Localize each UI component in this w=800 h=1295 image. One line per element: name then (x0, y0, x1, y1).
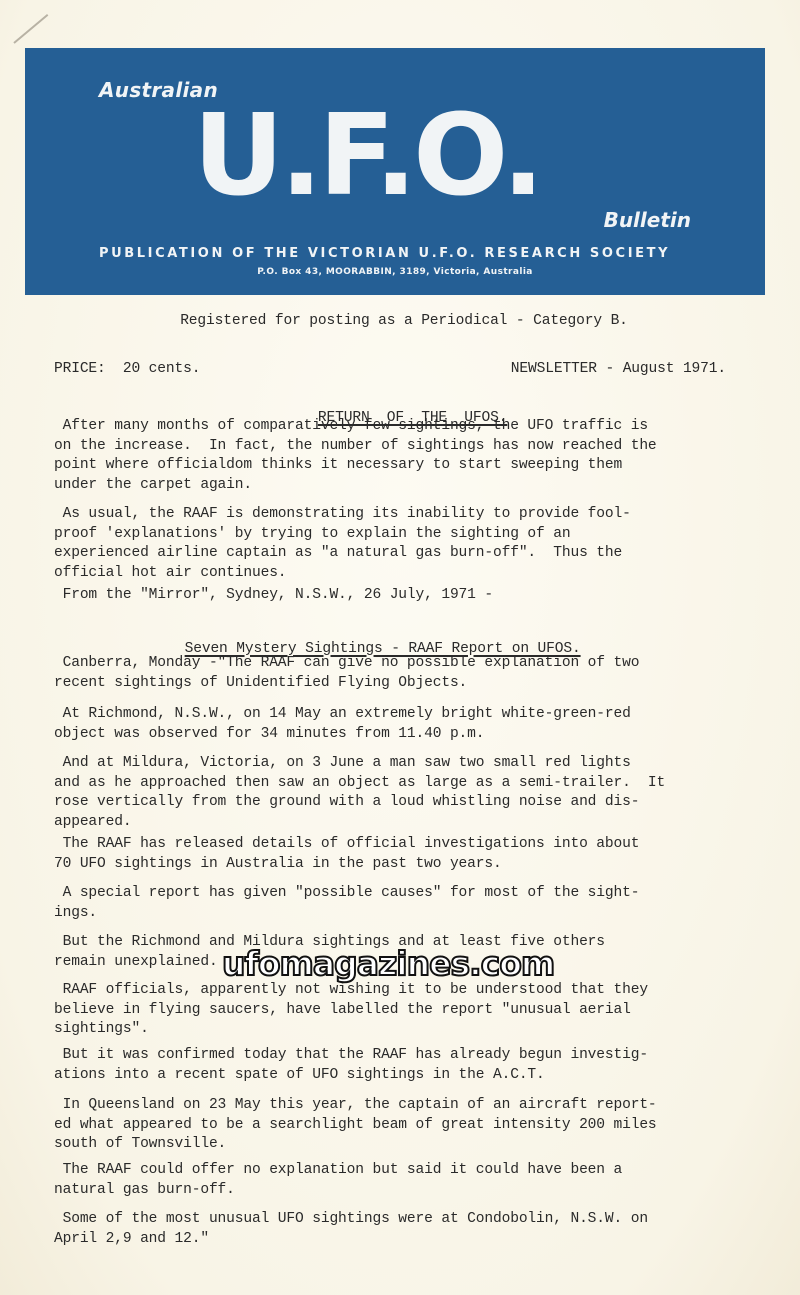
article-paragraph: But it was confirmed today that the RAAF… (54, 1046, 754, 1085)
article-paragraph: RAAF officials, apparently not wishing i… (54, 981, 754, 1040)
source-citation: From the "Mirror", Sydney, N.S.W., 26 Ju… (54, 586, 754, 606)
article-paragraph: At Richmond, N.S.W., on 14 May an extrem… (54, 705, 754, 744)
price-label: PRICE: 20 cents. (54, 360, 200, 380)
issue-date: NEWSLETTER - August 1971. (511, 360, 726, 380)
issue-line: PRICE: 20 cents. NEWSLETTER - August 197… (54, 360, 754, 380)
intro-paragraph-2: As usual, the RAAF is demonstrating its … (54, 505, 754, 583)
intro-paragraph-1: After many months of comparatively few s… (54, 417, 754, 495)
article-paragraph: The RAAF could offer no explanation but … (54, 1161, 754, 1200)
article-paragraph: Some of the most unusual UFO sightings w… (54, 1210, 754, 1249)
article-paragraph: And at Mildura, Victoria, on 3 June a ma… (54, 754, 754, 832)
registration-line: Registered for posting as a Periodical -… (54, 312, 754, 332)
article-paragraph: A special report has given "possible cau… (54, 884, 754, 923)
masthead-title: U.F.O. (193, 100, 540, 212)
masthead-publisher: PUBLICATION OF THE VICTORIAN U.F.O. RESE… (99, 246, 670, 261)
article-paragraph: In Queensland on 23 May this year, the c… (54, 1096, 754, 1155)
site-watermark: ufomagazines.com (222, 944, 554, 983)
masthead-banner: Australian U.F.O. Bulletin PUBLICATION O… (25, 48, 765, 295)
article-paragraph: The RAAF has released details of officia… (54, 835, 754, 874)
masthead-subtitle: Bulletin (604, 208, 691, 232)
masthead-address: P.O. Box 43, MOORABBIN, 3189, Victoria, … (25, 267, 765, 277)
article-paragraph: Canberra, Monday -"The RAAF can give no … (54, 654, 754, 693)
